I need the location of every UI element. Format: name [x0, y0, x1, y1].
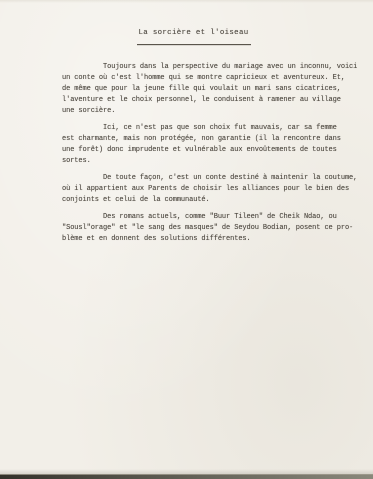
page-bottom-edge: [0, 474, 373, 479]
document-title: La sorcière et l'oiseau: [138, 29, 248, 37]
title-underline: [137, 44, 251, 45]
paragraph: Des romans actuels, comme "Buur Tileen" …: [62, 212, 365, 245]
paragraph: Ici, ce n'est pas que son choix fut mauv…: [62, 123, 365, 167]
paragraph: Toujours dans la perspective du mariage …: [62, 62, 365, 117]
document-page: La sorcière et l'oiseau Toujours dans la…: [0, 0, 373, 479]
document-body: Toujours dans la perspective du mariage …: [0, 62, 373, 245]
title-block: La sorcière et l'oiseau: [7, 0, 373, 45]
paragraph: De toute façon, c'est un conte destiné à…: [62, 173, 365, 206]
